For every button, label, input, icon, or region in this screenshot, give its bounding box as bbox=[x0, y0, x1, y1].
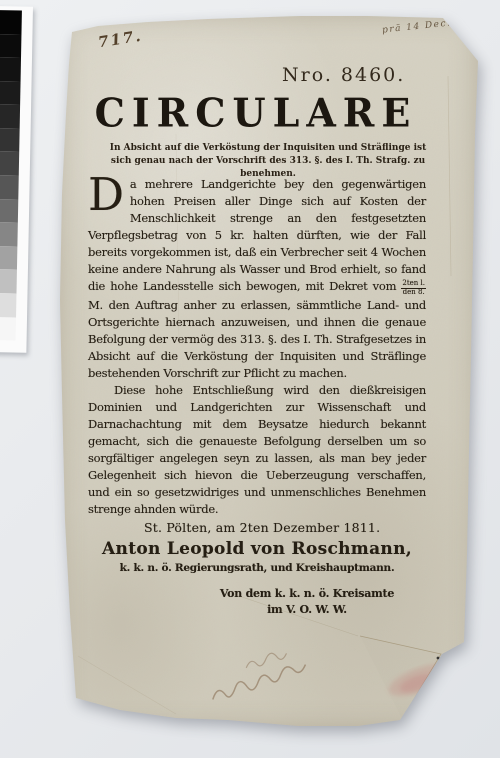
calibration-card bbox=[0, 6, 33, 353]
grayscale-step bbox=[0, 34, 21, 58]
grayscale-step bbox=[0, 269, 17, 293]
ink-speck bbox=[437, 657, 440, 660]
grayscale-step bbox=[0, 293, 16, 317]
dekret-date-bottom: den 8. bbox=[401, 289, 426, 297]
grayscale-step bbox=[0, 246, 17, 270]
document-title: CIRCULARE bbox=[58, 89, 454, 136]
grayscale-step bbox=[0, 104, 20, 128]
photo-background: 717. prä 14 Dec. Nro. 8460. CIRCULARE In… bbox=[0, 0, 500, 758]
grayscale-step bbox=[0, 175, 19, 199]
grayscale-step bbox=[0, 10, 22, 34]
document-paper: 717. prä 14 Dec. Nro. 8460. CIRCULARE In… bbox=[58, 14, 478, 730]
drop-cap-initial: D bbox=[88, 176, 130, 211]
paragraph-1: Da mehrere Landgerichte bey den gegenwär… bbox=[88, 176, 426, 382]
paragraph-2: Diese hohe Entschließung wird den dießkr… bbox=[88, 382, 426, 518]
dekret-date-fraction: 2ten l.den 8. bbox=[401, 280, 426, 296]
corner-fold-outline bbox=[360, 636, 441, 719]
handwritten-scribble-illegible bbox=[207, 648, 309, 699]
issuer-line-1: Von dem k. k. n. ö. Kreisamte bbox=[202, 586, 412, 603]
grayscale-step bbox=[0, 222, 18, 246]
dateline: St. Pölten, am 2ten Dezember 1811. bbox=[88, 519, 426, 536]
issuer-line-2: im V. O. W. W. bbox=[202, 602, 412, 619]
document-body: Da mehrere Landgerichte bey den gegenwär… bbox=[88, 176, 426, 619]
grayscale-step bbox=[0, 316, 16, 340]
grayscale-step bbox=[0, 81, 21, 105]
grayscale-step bbox=[0, 151, 19, 175]
paper-shadow-wrap: 717. prä 14 Dec. Nro. 8460. CIRCULARE In… bbox=[58, 14, 478, 730]
paragraph-1-text-after: M. den Auftrag anher zu erlassen, sämmtl… bbox=[88, 298, 426, 380]
issuer-block: Von dem k. k. n. ö. Kreisamte im V. O. W… bbox=[202, 586, 412, 619]
red-stamp-mark bbox=[385, 657, 455, 702]
handwritten-number: 717. bbox=[97, 27, 144, 52]
document-number: Nro. 8460. bbox=[282, 64, 405, 86]
handwritten-presentation-note: prä 14 Dec. bbox=[382, 18, 452, 35]
grayscale-step bbox=[0, 128, 20, 152]
paragraph-1-text-before: a mehrere Landgerichte bey den gegenwärt… bbox=[88, 177, 426, 293]
signature-title: k. k. n. ö. Regierungsrath, und Kreishau… bbox=[88, 560, 426, 577]
grayscale-step bbox=[0, 57, 21, 81]
signature-name: Anton Leopold von Roschmann, bbox=[88, 541, 426, 558]
grayscale-step bbox=[0, 199, 18, 223]
grayscale-strip bbox=[0, 10, 22, 340]
